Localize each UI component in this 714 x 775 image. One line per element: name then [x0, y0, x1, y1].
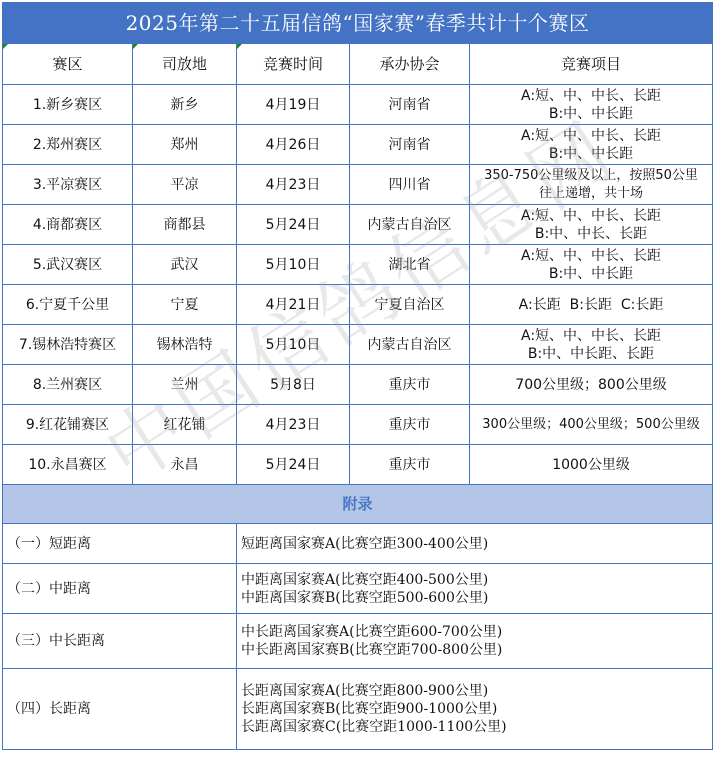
- cell-zone[interactable]: 1.新乡赛区: [3, 85, 133, 125]
- column-header-row: 赛区 司放地 竞赛时间 承办协会 竞赛项目: [3, 44, 713, 85]
- cell-release[interactable]: 兰州: [133, 365, 237, 405]
- table-row: 8.兰州赛区 兰州 5月8日 重庆市 700公里级；800公里级: [3, 365, 713, 405]
- cell-assoc[interactable]: 内蒙古自治区: [350, 205, 470, 245]
- cell-assoc[interactable]: 重庆市: [350, 445, 470, 485]
- appendix-heading: 附录: [3, 485, 713, 524]
- cell-release[interactable]: 商都县: [133, 205, 237, 245]
- appendix-category[interactable]: （四）长距离: [3, 669, 237, 750]
- cell-events[interactable]: A:长距 B:长距 C:长距: [470, 285, 713, 325]
- table-title: 2025年第二十五届信鸽“国家赛”春季共计十个赛区: [3, 3, 713, 44]
- cell-date[interactable]: 5月8日: [237, 365, 350, 405]
- appendix-details[interactable]: 长距离国家赛A(比赛空距800-900公里) 长距离国家赛B(比赛空距900-1…: [237, 669, 713, 750]
- appendix-category[interactable]: （三）中长距离: [3, 614, 237, 669]
- cell-assoc[interactable]: 重庆市: [350, 405, 470, 445]
- cell-zone[interactable]: 9.红花铺赛区: [3, 405, 133, 445]
- cell-zone[interactable]: 2.郑州赛区: [3, 125, 133, 165]
- cell-release[interactable]: 红花铺: [133, 405, 237, 445]
- cell-date[interactable]: 4月26日: [237, 125, 350, 165]
- cell-events[interactable]: 700公里级；800公里级: [470, 365, 713, 405]
- table-row: 4.商都赛区 商都县 5月24日 内蒙古自治区 A:短、中、中长、长距 B:中、…: [3, 205, 713, 245]
- cell-release[interactable]: 锡林浩特: [133, 325, 237, 365]
- column-header-assoc[interactable]: 承办协会: [350, 44, 470, 85]
- appendix-row: （三）中长距离 中长距离国家赛A(比赛空距600-700公里) 中长距离国家赛B…: [3, 614, 713, 669]
- appendix-row: （四）长距离 长距离国家赛A(比赛空距800-900公里) 长距离国家赛B(比赛…: [3, 669, 713, 750]
- cell-assoc[interactable]: 内蒙古自治区: [350, 325, 470, 365]
- cell-zone[interactable]: 3.平凉赛区: [3, 165, 133, 205]
- cell-events[interactable]: 300公里级；400公里级；500公里级: [470, 405, 713, 445]
- cell-assoc[interactable]: 重庆市: [350, 365, 470, 405]
- cell-events[interactable]: A:短、中、中长、长距 B:中、中长、长距: [470, 205, 713, 245]
- cell-release[interactable]: 永昌: [133, 445, 237, 485]
- cell-zone[interactable]: 7.锡林浩特赛区: [3, 325, 133, 365]
- race-zones-table: 2025年第二十五届信鸽“国家赛”春季共计十个赛区 赛区 司放地 竞赛时间 承办…: [2, 2, 713, 750]
- cell-release[interactable]: 武汉: [133, 245, 237, 285]
- cell-zone[interactable]: 6.宁夏千公里: [3, 285, 133, 325]
- cell-release[interactable]: 新乡: [133, 85, 237, 125]
- column-header-release[interactable]: 司放地: [133, 44, 237, 85]
- column-header-events[interactable]: 竞赛项目: [470, 44, 713, 85]
- table-row: 6.宁夏千公里 宁夏 4月21日 宁夏自治区 A:长距 B:长距 C:长距: [3, 285, 713, 325]
- cell-date[interactable]: 5月24日: [237, 205, 350, 245]
- cell-zone[interactable]: 10.永昌赛区: [3, 445, 133, 485]
- table-row: 2.郑州赛区 郑州 4月26日 河南省 A:短、中、中长、长距 B:中、中长距: [3, 125, 713, 165]
- cell-assoc[interactable]: 河南省: [350, 125, 470, 165]
- comment-indicator-icon: [3, 44, 8, 49]
- table-row: 1.新乡赛区 新乡 4月19日 河南省 A:短、中、中长、长距 B:中、中长距: [3, 85, 713, 125]
- appendix-details[interactable]: 中距离国家赛A(比赛空距400-500公里) 中距离国家赛B(比赛空距500-6…: [237, 564, 713, 614]
- cell-zone[interactable]: 4.商都赛区: [3, 205, 133, 245]
- appendix-details[interactable]: 中长距离国家赛A(比赛空距600-700公里) 中长距离国家赛B(比赛空距700…: [237, 614, 713, 669]
- table-row: 10.永昌赛区 永昌 5月24日 重庆市 1000公里级: [3, 445, 713, 485]
- cell-events[interactable]: A:短、中、中长、长距 B:中、中长距、长距: [470, 325, 713, 365]
- cell-events[interactable]: 1000公里级: [470, 445, 713, 485]
- appendix-category[interactable]: （一）短距离: [3, 524, 237, 564]
- table-row: 9.红花铺赛区 红花铺 4月23日 重庆市 300公里级；400公里级；500公…: [3, 405, 713, 445]
- appendix-row: （二）中距离 中距离国家赛A(比赛空距400-500公里) 中距离国家赛B(比赛…: [3, 564, 713, 614]
- cell-assoc[interactable]: 河南省: [350, 85, 470, 125]
- appendix-details[interactable]: 短距离国家赛A(比赛空距300-400公里): [237, 524, 713, 564]
- table-row: 3.平凉赛区 平凉 4月23日 四川省 350-750公里级及以上，按照50公里…: [3, 165, 713, 205]
- table-row: 5.武汉赛区 武汉 5月10日 湖北省 A:短、中、中长、长距 B:中、中长距: [3, 245, 713, 285]
- cell-date[interactable]: 4月19日: [237, 85, 350, 125]
- cell-date[interactable]: 4月21日: [237, 285, 350, 325]
- cell-release[interactable]: 平凉: [133, 165, 237, 205]
- appendix-category[interactable]: （二）中距离: [3, 564, 237, 614]
- cell-events[interactable]: 350-750公里级及以上，按照50公里 往上递增，共十场: [470, 165, 713, 205]
- cell-events[interactable]: A:短、中、中长、长距 B:中、中长距: [470, 125, 713, 165]
- cell-release[interactable]: 宁夏: [133, 285, 237, 325]
- cell-date[interactable]: 5月10日: [237, 325, 350, 365]
- cell-assoc[interactable]: 湖北省: [350, 245, 470, 285]
- cell-zone[interactable]: 5.武汉赛区: [3, 245, 133, 285]
- comment-indicator-icon: [237, 44, 242, 49]
- appendix-row: （一）短距离 短距离国家赛A(比赛空距300-400公里): [3, 524, 713, 564]
- column-header-zone[interactable]: 赛区: [3, 44, 133, 85]
- cell-release[interactable]: 郑州: [133, 125, 237, 165]
- cell-events[interactable]: A:短、中、中长、长距 B:中、中长距: [470, 245, 713, 285]
- cell-date[interactable]: 4月23日: [237, 405, 350, 445]
- column-header-date[interactable]: 竞赛时间: [237, 44, 350, 85]
- cell-date[interactable]: 5月24日: [237, 445, 350, 485]
- cell-date[interactable]: 5月10日: [237, 245, 350, 285]
- table-row: 7.锡林浩特赛区 锡林浩特 5月10日 内蒙古自治区 A:短、中、中长、长距 B…: [3, 325, 713, 365]
- cell-date[interactable]: 4月23日: [237, 165, 350, 205]
- cell-assoc[interactable]: 宁夏自治区: [350, 285, 470, 325]
- cell-assoc[interactable]: 四川省: [350, 165, 470, 205]
- cell-events[interactable]: A:短、中、中长、长距 B:中、中长距: [470, 85, 713, 125]
- spreadsheet: 2025年第二十五届信鸽“国家赛”春季共计十个赛区 赛区 司放地 竞赛时间 承办…: [2, 2, 712, 750]
- comment-indicator-icon: [133, 44, 138, 49]
- cell-zone[interactable]: 8.兰州赛区: [3, 365, 133, 405]
